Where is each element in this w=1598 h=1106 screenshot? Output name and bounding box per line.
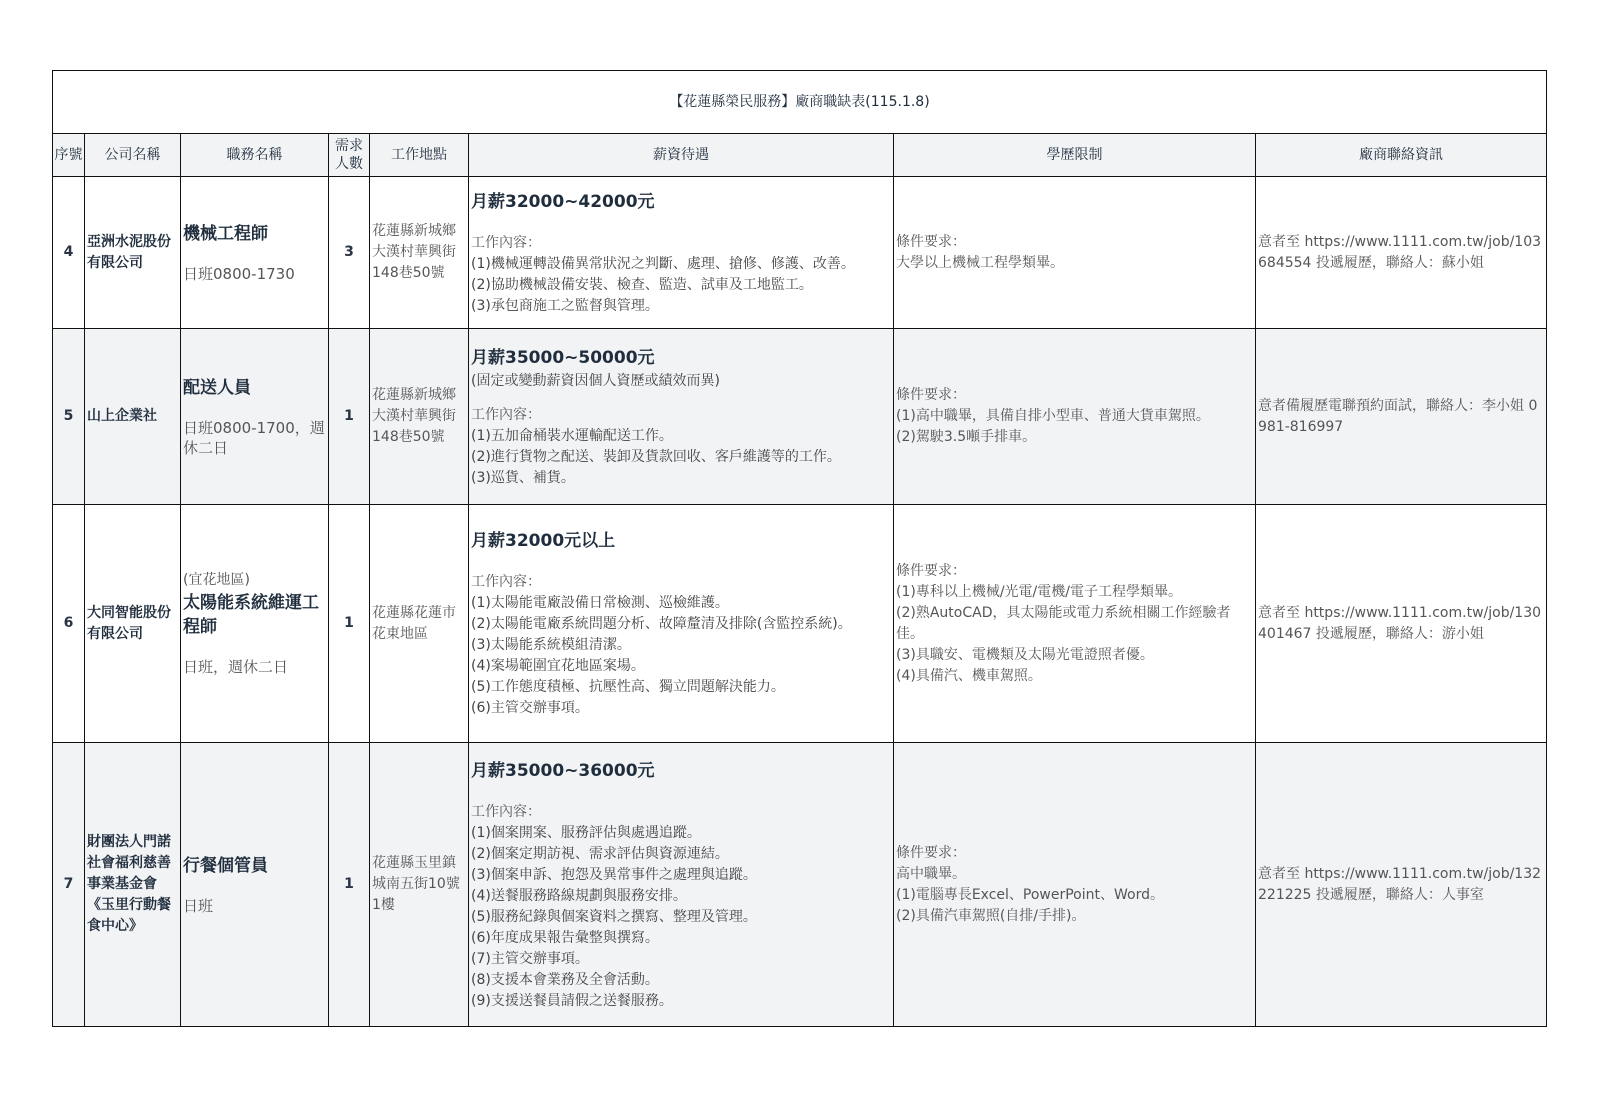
- row-seq: 4: [53, 177, 85, 329]
- requirement-item: (2)熟AutoCAD，具太陽能或電力系統相關工作經驗者佳。: [896, 603, 1253, 645]
- requirement-item: (2)具備汽車駕照(自排/手排)。: [896, 906, 1253, 927]
- job-region-note: (宜花地區): [183, 570, 326, 591]
- duty-item: (4)案場範圍宜花地區案場。: [471, 656, 891, 677]
- duties-label: 工作內容：: [471, 802, 891, 823]
- row-salary: 月薪35000~36000元 工作內容： (1)個案開案、服務評估與處遇追蹤。 …: [469, 743, 894, 1027]
- duty-item: (6)年度成果報告彙整與撰寫。: [471, 928, 891, 949]
- table-row: 7 財團法人門諾社會福利慈善事業基金會《玉里行動餐食中心》 行餐個管員 日班 1…: [53, 743, 1547, 1027]
- row-job: 機械工程師 日班0800-1730: [181, 177, 329, 329]
- duty-item: (1)個案開案、服務評估與處遇追蹤。: [471, 823, 891, 844]
- job-title: 機械工程師: [183, 222, 326, 246]
- salary-note: (固定或變動薪資因個人資歷或績效而異): [471, 371, 891, 391]
- duty-item: (6)主管交辦事項。: [471, 698, 891, 719]
- job-title: 配送人員: [183, 376, 326, 400]
- row-salary: 月薪35000~50000元 (固定或變動薪資因個人資歷或績效而異) 工作內容：…: [469, 329, 894, 505]
- job-shift: 日班0800-1730: [183, 264, 326, 284]
- duty-item: (3)太陽能系統模組清潔。: [471, 635, 891, 656]
- duty-item: (2)協助機械設備安裝、檢查、監造、試車及工地監工。: [471, 275, 891, 296]
- header-qty: 需求人數: [329, 134, 370, 177]
- row-job: 配送人員 日班0800-1700，週休二日: [181, 329, 329, 505]
- requirements-label: 條件要求：: [896, 843, 1253, 864]
- salary-amount: 月薪35000~50000元: [471, 345, 891, 371]
- row-seq: 5: [53, 329, 85, 505]
- duty-item: (2)個案定期訪視、需求評估與資源連結。: [471, 844, 891, 865]
- salary-amount: 月薪32000~42000元: [471, 189, 891, 215]
- requirement-item: (1)專科以上機械/光電/電機/電子工程學類畢。: [896, 582, 1253, 603]
- requirement-item: (1)高中職畢，具備自排小型車、普通大貨車駕照。: [896, 406, 1253, 427]
- row-salary: 月薪32000~42000元 工作內容： (1)機械運轉設備異常狀況之判斷、處理…: [469, 177, 894, 329]
- row-qty: 1: [329, 743, 370, 1027]
- duty-item: (5)工作態度積極、抗壓性高、獨立問題解決能力。: [471, 677, 891, 698]
- row-location: 花蓮縣玉里鎮城南五街10號1樓: [370, 743, 469, 1027]
- row-location: 花蓮縣新城鄉大漢村華興街148巷50號: [370, 329, 469, 505]
- row-seq: 6: [53, 505, 85, 743]
- duty-item: (9)支援送餐員請假之送餐服務。: [471, 991, 891, 1012]
- row-job: 行餐個管員 日班: [181, 743, 329, 1027]
- row-education: 條件要求： (1)專科以上機械/光電/電機/電子工程學類畢。 (2)熟AutoC…: [894, 505, 1256, 743]
- requirement-item: 大學以上機械工程學類畢。: [896, 253, 1253, 274]
- row-company: 財團法人門諾社會福利慈善事業基金會《玉里行動餐食中心》: [85, 743, 181, 1027]
- row-location: 花蓮縣新城鄉大漢村華興街148巷50號: [370, 177, 469, 329]
- row-contact[interactable]: 意者至 https://www.1111.com.tw/job/10368455…: [1256, 177, 1547, 329]
- row-education: 條件要求： 高中職畢。 (1)電腦專長Excel、PowerPoint、Word…: [894, 743, 1256, 1027]
- salary-amount: 月薪35000~36000元: [471, 758, 891, 784]
- requirement-item: (1)電腦專長Excel、PowerPoint、Word。: [896, 885, 1253, 906]
- job-vacancy-sheet: 【花蓮縣榮民服務】廠商職缺表(115.1.8) 序號 公司名稱 職務名稱 需求人…: [52, 70, 1546, 1027]
- row-company: 山上企業社: [85, 329, 181, 505]
- job-shift: 日班0800-1700，週休二日: [183, 418, 326, 458]
- salary-amount: 月薪32000元以上: [471, 528, 891, 554]
- row-qty: 1: [329, 505, 370, 743]
- duty-item: (1)機械運轉設備異常狀況之判斷、處理、搶修、修護、改善。: [471, 254, 891, 275]
- row-location: 花蓮縣花蓮市花東地區: [370, 505, 469, 743]
- row-seq: 7: [53, 743, 85, 1027]
- row-contact[interactable]: 意者至 https://www.1111.com.tw/job/13222122…: [1256, 743, 1547, 1027]
- row-education: 條件要求： (1)高中職畢，具備自排小型車、普通大貨車駕照。 (2)駕駛3.5噸…: [894, 329, 1256, 505]
- row-salary: 月薪32000元以上 工作內容： (1)太陽能電廠設備日常檢測、巡檢維護。 (2…: [469, 505, 894, 743]
- duty-item: (1)太陽能電廠設備日常檢測、巡檢維護。: [471, 593, 891, 614]
- table-row: 5 山上企業社 配送人員 日班0800-1700，週休二日 1 花蓮縣新城鄉大漢…: [53, 329, 1547, 505]
- header-job: 職務名稱: [181, 134, 329, 177]
- requirement-item: 高中職畢。: [896, 864, 1253, 885]
- job-title: 行餐個管員: [183, 854, 326, 878]
- document-title: 【花蓮縣榮民服務】廠商職缺表(115.1.8): [53, 71, 1547, 134]
- header-seq: 序號: [53, 134, 85, 177]
- table-header-row: 序號 公司名稱 職務名稱 需求人數 工作地點 薪資待遇 學歷限制 廠商聯絡資訊: [53, 134, 1547, 177]
- duty-item: (5)服務紀錄與個案資料之撰寫、整理及管理。: [471, 907, 891, 928]
- duties-label: 工作內容：: [471, 572, 891, 593]
- job-shift: 日班，週休二日: [183, 657, 326, 677]
- requirement-item: (3)具職安、電機類及太陽光電證照者優。: [896, 645, 1253, 666]
- requirements-label: 條件要求：: [896, 561, 1253, 582]
- row-contact[interactable]: 意者至 https://www.1111.com.tw/job/13040146…: [1256, 505, 1547, 743]
- duty-item: (4)送餐服務路線規劃與服務安排。: [471, 886, 891, 907]
- duty-item: (3)承包商施工之監督與管理。: [471, 296, 891, 317]
- row-education: 條件要求： 大學以上機械工程學類畢。: [894, 177, 1256, 329]
- duty-item: (3)個案申訴、抱怨及異常事件之處理與追蹤。: [471, 865, 891, 886]
- requirement-item: (2)駕駛3.5噸手排車。: [896, 427, 1253, 448]
- table-row: 6 大同智能股份有限公司 (宜花地區) 太陽能系統維運工程師 日班，週休二日 1…: [53, 505, 1547, 743]
- requirements-label: 條件要求：: [896, 232, 1253, 253]
- row-contact[interactable]: 意者備履歷電聯預約面試，聯絡人：李小姐 0981-816997: [1256, 329, 1547, 505]
- duty-item: (2)太陽能電廠系統問題分析、故障釐清及排除(含監控系統)。: [471, 614, 891, 635]
- row-company: 大同智能股份有限公司: [85, 505, 181, 743]
- duties-label: 工作內容：: [471, 405, 891, 426]
- header-education: 學歷限制: [894, 134, 1256, 177]
- job-title: 太陽能系統維運工程師: [183, 591, 326, 639]
- duty-item: (7)主管交辦事項。: [471, 949, 891, 970]
- duty-item: (2)進行貨物之配送、裝卸及貨款回收、客戶維護等的工作。: [471, 447, 891, 468]
- row-qty: 3: [329, 177, 370, 329]
- header-location: 工作地點: [370, 134, 469, 177]
- duty-item: (1)五加侖桶裝水運輸配送工作。: [471, 426, 891, 447]
- row-qty: 1: [329, 329, 370, 505]
- header-salary: 薪資待遇: [469, 134, 894, 177]
- requirement-item: (4)具備汽、機車駕照。: [896, 666, 1253, 687]
- row-job: (宜花地區) 太陽能系統維運工程師 日班，週休二日: [181, 505, 329, 743]
- job-shift: 日班: [183, 896, 326, 916]
- header-contact: 廠商聯絡資訊: [1256, 134, 1547, 177]
- requirements-label: 條件要求：: [896, 385, 1253, 406]
- duties-label: 工作內容：: [471, 233, 891, 254]
- row-company: 亞洲水泥股份有限公司: [85, 177, 181, 329]
- duty-item: (8)支援本會業務及全會活動。: [471, 970, 891, 991]
- duty-item: (3)巡貨、補貨。: [471, 468, 891, 489]
- job-vacancy-table: 【花蓮縣榮民服務】廠商職缺表(115.1.8) 序號 公司名稱 職務名稱 需求人…: [52, 70, 1547, 1027]
- table-row: 4 亞洲水泥股份有限公司 機械工程師 日班0800-1730 3 花蓮縣新城鄉大…: [53, 177, 1547, 329]
- header-company: 公司名稱: [85, 134, 181, 177]
